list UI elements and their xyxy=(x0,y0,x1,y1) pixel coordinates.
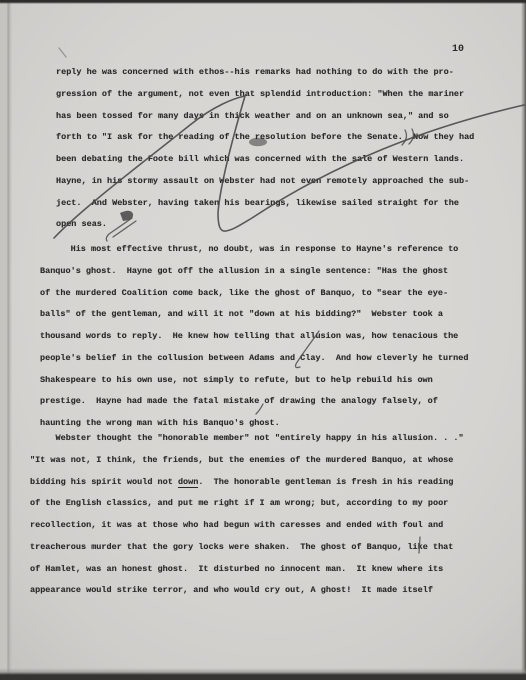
text-line: prestige. Hayne had made the fatal mista… xyxy=(40,395,468,417)
text-line: bidding his spirit would not down. The h… xyxy=(30,476,464,498)
text-line: people's belief in the collusion between… xyxy=(40,352,468,374)
text-line: has been tossed for many days in thick w… xyxy=(56,110,474,132)
text-line: recollection, it was at those who had be… xyxy=(30,519,464,541)
text-line: forth to "I ask for the reading of the r… xyxy=(56,131,474,153)
text-line: His most effective thrust, no doubt, was… xyxy=(40,243,468,265)
page-number: 10 xyxy=(452,44,464,55)
text-line: ject. And Webster, having taken his bear… xyxy=(56,197,474,219)
text-line: of the murdered Coalition come back, lik… xyxy=(40,287,468,309)
text-line: Shakespeare to his own use, not simply t… xyxy=(40,374,468,396)
paragraph-p3: Webster thought the "honorable member" n… xyxy=(30,432,464,606)
paragraph-p1: reply he was concerned with ethos--his r… xyxy=(56,66,474,240)
text-line: reply he was concerned with ethos--his r… xyxy=(56,66,474,88)
text-line: of Hamlet, was an honest ghost. It distu… xyxy=(30,563,464,585)
paragraph-p2: His most effective thrust, no doubt, was… xyxy=(40,243,468,439)
text-line: "It was not, I think, the friends, but t… xyxy=(30,454,464,476)
text-line: Webster thought the "honorable member" n… xyxy=(30,432,464,454)
text-line: been debating the Foote bill which was c… xyxy=(56,153,474,175)
text-line: balls" of the gentleman, and will it not… xyxy=(40,308,468,330)
text-line: treacherous murder that the gory locks w… xyxy=(30,541,464,563)
manuscript-page: 10 reply he was concerned with ethos--hi… xyxy=(0,0,526,680)
text-line: open seas. xyxy=(56,218,474,240)
text-line: thousand words to reply. He knew how tel… xyxy=(40,330,468,352)
text-line: Hayne, in his stormy assault on Webster … xyxy=(56,175,474,197)
text-line: gression of the argument, not even that … xyxy=(56,88,474,110)
text-line: appearance would strike terror, and who … xyxy=(30,584,464,606)
text-line: of the English classics, and put me righ… xyxy=(30,497,464,519)
underlined-word: down xyxy=(178,477,198,488)
text-line: Banquo's ghost. Hayne got off the allusi… xyxy=(40,265,468,287)
